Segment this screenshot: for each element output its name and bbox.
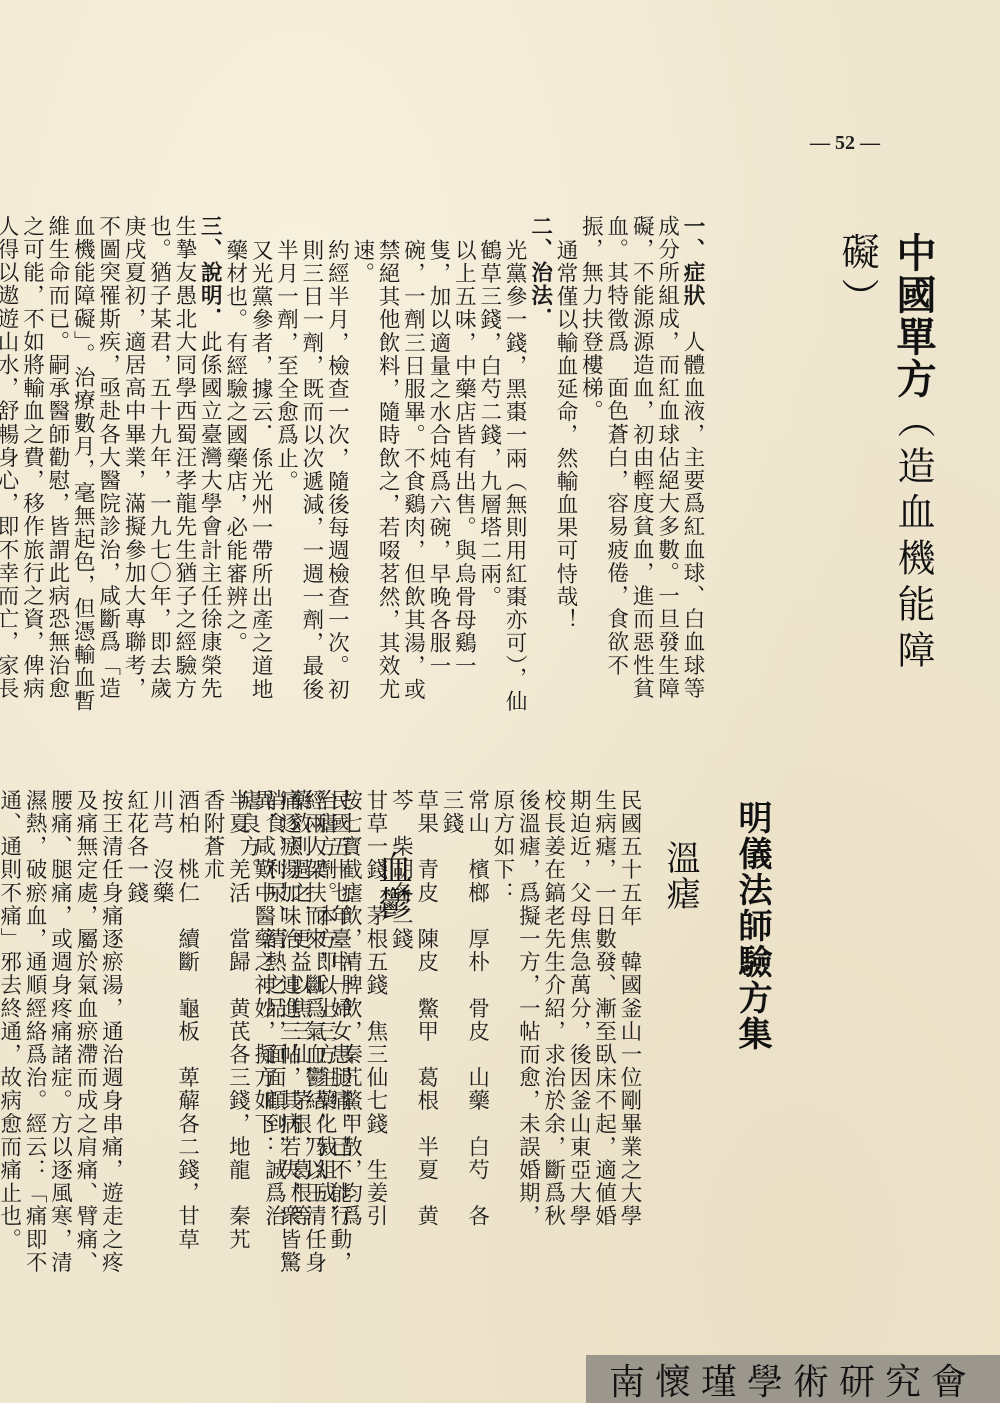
section-heading-treatment: 二、治法．: [527, 215, 552, 715]
section-heading-symptoms: 一、症狀: [680, 215, 705, 307]
article-title: 中國單方（造血機能障礙）: [830, 232, 942, 692]
treatment-course: 約經半月，檢查一次，隨後每週檢查一次。初則三日一劑，既而以次遞減，一週一劑，最後…: [273, 215, 349, 715]
case2-formula-row: 半夏 羌活 當歸 黄芪各三錢，地龍 秦艽 香附蒼朮: [200, 765, 251, 1285]
case1-text: 民國五十五年 韓國釜山一位剛畢業之大學生病瘧，一日數發、漸至臥床不起，適値婚期迫…: [490, 765, 642, 1245]
article1-body: 一、症狀 人體血液，主要爲紅血球、白血球等成分所組成，而紅血球佔絕大多數。一旦發…: [290, 215, 705, 715]
treatment-formula: 光黨參一錢，黑棗一兩（無則用紅棗亦可），仙鶴草三錢，白芍二錢，九層塔二兩。: [476, 215, 527, 715]
case2-formula-row: 紅花各一錢: [123, 765, 148, 1285]
case-heading-blood-stasis: 血鬱: [368, 850, 417, 922]
case1-formula-row: 草果 青皮 陳皮 鱉甲 葛根 半夏 黄芩 柴胡各二錢: [388, 765, 439, 1245]
symptoms-text-2: 通常僅以輸血延命，然輸血果可恃哉！: [553, 215, 578, 715]
article-title-main: 中國單方: [890, 232, 936, 400]
treatment-method: 以上五味，中藥店皆有出售。與烏骨母鷄一隻，加以適量之水合炖爲六碗，早晚各服一碗，…: [349, 215, 476, 715]
case2-formula-row: 酒柏 桃仁 續斷 龜板 萆薢各二錢，甘草 川芎 沒藥: [149, 765, 200, 1285]
article2-title: 明儀法師驗方集: [728, 800, 777, 1052]
publisher-banner: 南懷瑾學術研究會: [586, 1355, 1000, 1403]
case1-formula-row: 甘草一錢 茅根五錢 焦三仙七錢 生姜引: [363, 765, 388, 1245]
treatment-note: 又光黨參者，據云．係光州一帶所出產之道地藥材也。有經驗之國藥店，必能審辨之。: [222, 215, 273, 715]
case2-commentary: 按王清任身痛逐瘀湯，通治週身串痛，遊走之疼及痛無定處，屬於氣血瘀滯而成之肩痛、臂…: [0, 765, 123, 1285]
case-heading-malaria: 溫瘧: [656, 840, 705, 912]
section-heading-explanation: 三、說明．: [197, 215, 222, 331]
page-number: — 52 —: [800, 132, 890, 155]
case2-body: 民國五十七年臺中一婦女患腿痛，已不能行動，經兩人架扶而來，斷爲氣血鬱結，乃以王清…: [112, 765, 352, 1285]
case1-formula-row: 常山 檳榔 厚朴 骨皮 山藥 白芍 各三錢: [439, 765, 490, 1245]
explanation-text: 此係國立臺灣大學會計主任徐康榮先生摯友愚北大同學西蜀汪孝龍先生猶子之經驗方也。猶…: [0, 215, 222, 712]
case2-text: 民國五十七年臺中一婦女患腿痛，已不能行動，經兩人架扶而來，斷爲氣血鬱結，乃以王清…: [250, 765, 352, 1285]
case1-body: 民國五十五年 韓國釜山一位剛畢業之大學生病瘧，一日數發、漸至臥床不起，適値婚期迫…: [410, 765, 642, 1245]
